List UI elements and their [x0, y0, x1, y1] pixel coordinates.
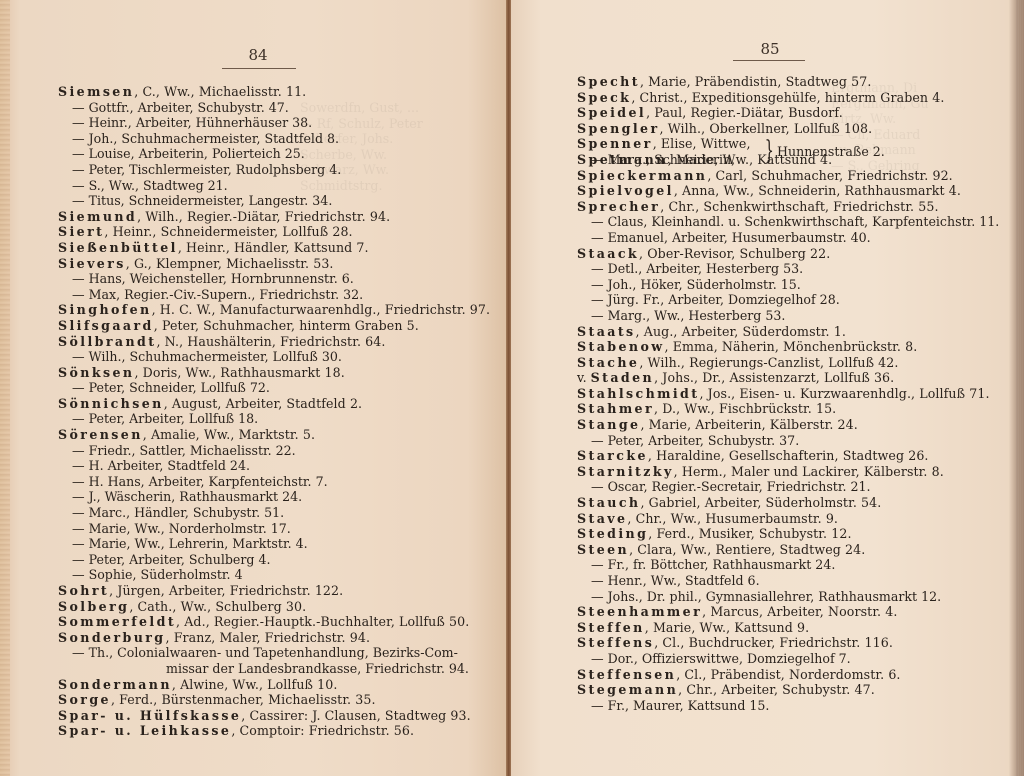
- directory-entry: Spengler, Wilh., Oberkellner, Lollfuß 10…: [577, 121, 999, 137]
- page-number-rule: [222, 68, 296, 69]
- entry-details: , Cassirer: J. Clausen, Stadtweg 93.: [241, 708, 470, 723]
- directory-subentry: — Henr., Ww., Stadtfeld 6.: [577, 573, 999, 589]
- surname: Stave: [577, 511, 627, 526]
- surname: Solberg: [58, 599, 129, 614]
- directory-subentry: — Marie, Ww., Norderholmstr. 17.: [58, 521, 490, 537]
- directory-subentry: — Joh., Schuhmachermeister, Stadtfeld 8.: [58, 131, 490, 147]
- entry-details: , Wilh., Oberkellner, Lollfuß 108.: [660, 121, 873, 136]
- entry-details: , Doris, Ww., Rathhausmarkt 18.: [134, 365, 344, 380]
- entry-details: , Gabriel, Arbeiter, Süderholmstr. 54.: [640, 495, 881, 510]
- directory-subentry: — Dor., Offizierswittwe, Domziegelhof 7.: [577, 651, 999, 667]
- entry-details: , Chr., Ww., Husumerbaumstr. 9.: [627, 511, 838, 526]
- directory-subentry: — H. Arbeiter, Stadtfeld 24.: [58, 458, 490, 474]
- surname: Sprecher: [577, 199, 660, 214]
- entry-details: , Chr., Arbeiter, Schubystr. 47.: [678, 682, 875, 697]
- directory-entry: Spetmann, Marie, Ww., Kattsund 4.: [577, 152, 999, 168]
- entry-details: , Elise, Wittwe,: [653, 136, 751, 151]
- directory-entry: Stauch, Gabriel, Arbeiter, Süderholmstr.…: [577, 495, 999, 511]
- directory-subentry: — Jürg. Fr., Arbeiter, Domziegelhof 28.: [577, 292, 999, 308]
- surname: Stahlschmidt: [577, 386, 699, 401]
- right-page: 85 Ergtmann, Di Eergtmann, Gu Eirtz, Ww.…: [511, 0, 1024, 776]
- surname: Siemsen: [58, 84, 134, 99]
- entry-details: , H. C. W., Manufacturwaarenhdlg., Fried…: [152, 302, 491, 317]
- directory-subentry: — Johs., Dr. phil., Gymnasiallehrer, Rat…: [577, 589, 999, 605]
- directory-entry: Solberg, Cath., Ww., Schulberg 30.: [58, 599, 490, 615]
- entry-details: , Heinr., Schneidermeister, Lollfuß 28.: [104, 224, 352, 239]
- surname: Sohrt: [58, 583, 109, 598]
- surname: Speidel: [577, 105, 646, 120]
- directory-entry: Spielvogel, Anna, Ww., Schneiderin, Rath…: [577, 183, 999, 199]
- directory-entry: Spar- u. Leihkasse, Comptoir: Friedrichs…: [58, 723, 490, 739]
- directory-entry: Spieckermann, Carl, Schuhmacher, Friedri…: [577, 168, 999, 184]
- directory-entry: Speck, Christ., Expeditionsgehülfe, hint…: [577, 90, 999, 106]
- directory-entry: Singhofen, H. C. W., Manufacturwaarenhdl…: [58, 302, 490, 318]
- directory-entry: Steffen, Marie, Ww., Kattsund 9.: [577, 620, 999, 636]
- directory-entry: Specht, Marie, Präbendistin, Stadtweg 57…: [577, 74, 999, 90]
- surname: Spengler: [577, 121, 660, 136]
- directory-subentry: — Emanuel, Arbeiter, Husumerbaumstr. 40.: [577, 230, 999, 246]
- directory-entry: Stave, Chr., Ww., Husumerbaumstr. 9.: [577, 511, 999, 527]
- page-number-rule: [733, 60, 805, 61]
- surname: Singhofen: [58, 302, 152, 317]
- surname: Stahmer: [577, 401, 654, 416]
- directory-subentry: — Hans, Weichensteller, Hornbrunnenstr. …: [58, 271, 490, 287]
- directory-subentry: — Peter, Schneider, Lollfuß 72.: [58, 380, 490, 396]
- surname: Sommerfeldt: [58, 614, 176, 629]
- entry-details: , G., Klempner, Michaelisstr. 53.: [126, 256, 334, 271]
- directory-entry: Stabenow, Emma, Näherin, Mönchenbrückstr…: [577, 339, 999, 355]
- entry-details: , Cl., Buchdrucker, Friedrichstr. 116.: [654, 635, 893, 650]
- directory-entry: Sießenbüttel, Heinr., Händler, Kattsund …: [58, 240, 490, 256]
- directory-subentry: — J., Wäscherin, Rathhausmarkt 24.: [58, 489, 490, 505]
- entry-details: , Amalie, Ww., Marktstr. 5.: [143, 427, 315, 442]
- directory-entry: Sorge, Ferd., Bürstenmacher, Michaelisst…: [58, 692, 490, 708]
- directory-subentry: — Gottfr., Arbeiter, Schubystr. 47.: [58, 100, 490, 116]
- directory-entry: Starnitzky, Herm., Maler und Lackirer, K…: [577, 464, 999, 480]
- entry-details: , Christ., Expeditionsgehülfe, hinterm G…: [631, 90, 944, 105]
- entry-details: , Emma, Näherin, Mönchenbrückstr. 8.: [665, 339, 918, 354]
- surname: Sönnichsen: [58, 396, 164, 411]
- surname: Siemund: [58, 209, 137, 224]
- surname: Steenhammer: [577, 604, 702, 619]
- directory-subentry: — Peter, Arbeiter, Schulberg 4.: [58, 552, 490, 568]
- entry-details: , Heinr., Händler, Kattsund 7.: [178, 240, 369, 255]
- entry-details: , Ad., Regier.-Hauptk.-Buchhalter, Lollf…: [176, 614, 469, 629]
- directory-subentry: — Sophie, Süderholmstr. 4: [58, 567, 490, 583]
- directory-entry: Sondermann, Alwine, Ww., Lollfuß 10.: [58, 677, 490, 693]
- surname: Stange: [577, 417, 640, 432]
- directory-entry: Stange, Marie, Arbeiterin, Kälberstr. 24…: [577, 417, 999, 433]
- entry-details: , Aug., Arbeiter, Süderdomstr. 1.: [636, 324, 846, 339]
- directory-subentry: — Joh., Höker, Süderholmstr. 15.: [577, 277, 999, 293]
- entry-continuation: missar der Landesbrandkasse, Friedrichst…: [58, 661, 490, 677]
- surname: Staack: [577, 246, 639, 261]
- entry-details: , Paul, Regier.-Diätar, Busdorf.: [646, 105, 843, 120]
- directory-subentry: — Th., Colonialwaaren- und Tapetenhandlu…: [58, 645, 490, 661]
- page-number-left: 84: [218, 46, 298, 64]
- entry-details: , Marie, Arbeiterin, Kälberstr. 24.: [640, 417, 857, 432]
- directory-entry: Steen, Clara, Ww., Rentiere, Stadtweg 24…: [577, 542, 999, 558]
- entry-details: , Peter, Schuhmacher, hinterm Graben 5.: [154, 318, 419, 333]
- entry-details: , Chr., Schenkwirthschaft, Friedrichstr.…: [660, 199, 938, 214]
- surname: Staden: [591, 370, 654, 385]
- entry-details: , Wilh., Regierungs-Canzlist, Lollfuß 42…: [639, 355, 898, 370]
- entry-details: , Marie, Ww., Kattsund 4.: [668, 152, 832, 167]
- directory-subentry: — Marg., Ww., Hesterberg 53.: [577, 308, 999, 324]
- surname: Starcke: [577, 448, 648, 463]
- directory-subentry: — Friedr., Sattler, Michaelisstr. 22.: [58, 443, 490, 459]
- surname: Steffensen: [577, 667, 676, 682]
- directory-entry: Siemsen, C., Ww., Michaelisstr. 11.: [58, 84, 490, 100]
- entry-details: , Franz, Maler, Friedrichstr. 94.: [166, 630, 371, 645]
- directory-entry: Speidel, Paul, Regier.-Diätar, Busdorf.: [577, 105, 999, 121]
- entry-details: , Ferd., Bürstenmacher, Michaelisstr. 35…: [111, 692, 376, 707]
- directory-subentry: — Fr., Maurer, Kattsund 15.: [577, 698, 999, 714]
- directory-entry: Stache, Wilh., Regierungs-Canzlist, Loll…: [577, 355, 999, 371]
- surname: Spar- u. Leihkasse: [58, 723, 231, 738]
- directory-entry: Söllbrandt, N., Haushälterin, Friedrichs…: [58, 334, 490, 350]
- entry-details: , Ober-Revisor, Schulberg 22.: [639, 246, 830, 261]
- grouped-entry: Spenner, Elise, Wittwe,— Marg., Schneide…: [577, 136, 999, 152]
- directory-entry: Sonderburg, Franz, Maler, Friedrichstr. …: [58, 630, 490, 646]
- name-prefix: v.: [577, 370, 591, 385]
- surname: Spielvogel: [577, 183, 674, 198]
- directory-entry: Spar- u. Hülfskasse, Cassirer: J. Clause…: [58, 708, 490, 724]
- left-page: 84 Sowerdfn, Gust, ... — Rf, Schulz, Pet…: [0, 0, 508, 776]
- directory-entry: Starcke, Haraldine, Gesellschafterin, St…: [577, 448, 999, 464]
- surname: Siert: [58, 224, 104, 239]
- directory-entry: Sörensen, Amalie, Ww., Marktstr. 5.: [58, 427, 490, 443]
- directory-entry: Sievers, G., Klempner, Michaelisstr. 53.: [58, 256, 490, 272]
- surname: Spetmann: [577, 152, 668, 167]
- surname: Sönksen: [58, 365, 134, 380]
- directory-entry: Stahlschmidt, Jos., Eisen- u. Kurzwaaren…: [577, 386, 999, 402]
- entry-details: , Ferd., Musiker, Schubystr. 12.: [648, 526, 851, 541]
- entry-details: , Marie, Präbendistin, Stadtweg 57.: [640, 74, 871, 89]
- directory-entry: Stegemann, Chr., Arbeiter, Schubystr. 47…: [577, 682, 999, 698]
- entry-details: , Anna, Ww., Schneiderin, Rathhausmarkt …: [674, 183, 961, 198]
- surname: Steen: [577, 542, 629, 557]
- surname: Stegemann: [577, 682, 678, 697]
- surname: Speck: [577, 90, 631, 105]
- entry-details: , D., Ww., Fischbrückstr. 15.: [654, 401, 836, 416]
- entry-details: , Herm., Maler und Lackirer, Kälberstr. …: [674, 464, 944, 479]
- entry-details: , Marie, Ww., Kattsund 9.: [645, 620, 809, 635]
- surname: Stabenow: [577, 339, 665, 354]
- directory-subentry: — Peter, Tischlermeister, Rudolphsberg 4…: [58, 162, 490, 178]
- surname: Sievers: [58, 256, 126, 271]
- entry-details: , Cl., Präbendist, Norderdomstr. 6.: [676, 667, 900, 682]
- surname: Steffens: [577, 635, 654, 650]
- directory-subentry: — Marc., Händler, Schubystr. 51.: [58, 505, 490, 521]
- directory-entry: Steding, Ferd., Musiker, Schubystr. 12.: [577, 526, 999, 542]
- directory-subentry: — Peter, Arbeiter, Schubystr. 37.: [577, 433, 999, 449]
- entry-details: , Carl, Schuhmacher, Friedrichstr. 92.: [707, 168, 952, 183]
- directory-subentry: — Oscar, Regier.-Secretair, Friedrichstr…: [577, 479, 999, 495]
- directory-entry: Slifsgaard, Peter, Schuhmacher, hinterm …: [58, 318, 490, 334]
- directory-entry: Sprecher, Chr., Schenkwirthschaft, Fried…: [577, 199, 999, 215]
- directory-entry: Staack, Ober-Revisor, Schulberg 22.: [577, 246, 999, 262]
- directory-entry: Siemund, Wilh., Regier.-Diätar, Friedric…: [58, 209, 490, 225]
- directory-entry: Steffensen, Cl., Präbendist, Norderdomst…: [577, 667, 999, 683]
- surname: Spieckermann: [577, 168, 707, 183]
- surname: Sorge: [58, 692, 111, 707]
- entry-details: , Clara, Ww., Rentiere, Stadtweg 24.: [629, 542, 865, 557]
- directory-subentry: — Wilh., Schuhmachermeister, Lollfuß 30.: [58, 349, 490, 365]
- directory-subentry: — Detl., Arbeiter, Hesterberg 53.: [577, 261, 999, 277]
- directory-subentry: — Peter, Arbeiter, Lollfuß 18.: [58, 411, 490, 427]
- surname: Sonderburg: [58, 630, 166, 645]
- surname: Spar- u. Hülfskasse: [58, 708, 241, 723]
- book-spread: 84 Sowerdfn, Gust, ... — Rf, Schulz, Pet…: [0, 0, 1024, 776]
- page-number-right: 85: [730, 40, 810, 58]
- surname: Spenner: [577, 136, 653, 151]
- surname: Stache: [577, 355, 639, 370]
- surname: Sondermann: [58, 677, 172, 692]
- entry-details: , Comptoir: Friedrichstr. 56.: [231, 723, 414, 738]
- surname: Steffen: [577, 620, 645, 635]
- entry-details: , Cath., Ww., Schulberg 30.: [129, 599, 306, 614]
- directory-entry: Sönksen, Doris, Ww., Rathhausmarkt 18.: [58, 365, 490, 381]
- directory-entry: v. Staden, Johs., Dr., Assistenzarzt, Lo…: [577, 370, 999, 386]
- entry-details: , Alwine, Ww., Lollfuß 10.: [172, 677, 338, 692]
- entry-details: , Johs., Dr., Assistenzarzt, Lollfuß 36.: [654, 370, 894, 385]
- directory-subentry: — Titus, Schneidermeister, Langestr. 34.: [58, 193, 490, 209]
- entry-details: , Jürgen, Arbeiter, Friedrichstr. 122.: [109, 583, 343, 598]
- directory-entries-right: Specht, Marie, Präbendistin, Stadtweg 57…: [577, 74, 999, 713]
- directory-entry: Staats, Aug., Arbeiter, Süderdomstr. 1.: [577, 324, 999, 340]
- directory-subentry: — Heinr., Arbeiter, Hühnerhäuser 38.: [58, 115, 490, 131]
- surname: Söllbrandt: [58, 334, 156, 349]
- surname: Specht: [577, 74, 640, 89]
- surname: Stauch: [577, 495, 640, 510]
- directory-entry: Sommerfeldt, Ad., Regier.-Hauptk.-Buchha…: [58, 614, 490, 630]
- surname: Starnitzky: [577, 464, 674, 479]
- directory-entries-left: Siemsen, C., Ww., Michaelisstr. 11.— Got…: [58, 84, 490, 739]
- surname: Slifsgaard: [58, 318, 154, 333]
- directory-entry: Sönnichsen, August, Arbeiter, Stadtfeld …: [58, 396, 490, 412]
- directory-entry: Siert, Heinr., Schneidermeister, Lollfuß…: [58, 224, 490, 240]
- directory-subentry: — H. Hans, Arbeiter, Karpfenteichstr. 7.: [58, 474, 490, 490]
- entry-details: , August, Arbeiter, Stadtfeld 2.: [164, 396, 362, 411]
- entry-details: , Haraldine, Gesellschafterin, Stadtweg …: [648, 448, 929, 463]
- directory-entry: Stahmer, D., Ww., Fischbrückstr. 15.: [577, 401, 999, 417]
- surname: Staats: [577, 324, 636, 339]
- directory-subentry: — Louise, Arbeiterin, Polierteich 25.: [58, 146, 490, 162]
- entry-details: , Wilh., Regier.-Diätar, Friedrichstr. 9…: [137, 209, 390, 224]
- directory-subentry: — S., Ww., Stadtweg 21.: [58, 178, 490, 194]
- directory-entry: Sohrt, Jürgen, Arbeiter, Friedrichstr. 1…: [58, 583, 490, 599]
- surname: Sießenbüttel: [58, 240, 178, 255]
- directory-subentry: — Max, Regier.-Civ.-Supern., Friedrichst…: [58, 287, 490, 303]
- directory-subentry: — Claus, Kleinhandl. u. Schenkwirthschaf…: [577, 214, 999, 230]
- entry-details: , Jos., Eisen- u. Kurzwaarenhdlg., Lollf…: [699, 386, 989, 401]
- directory-entry: Steenhammer, Marcus, Arbeiter, Noorstr. …: [577, 604, 999, 620]
- directory-subentry: — Marie, Ww., Lehrerin, Marktstr. 4.: [58, 536, 490, 552]
- surname: Steding: [577, 526, 648, 541]
- entry-details: , Marcus, Arbeiter, Noorstr. 4.: [702, 604, 897, 619]
- directory-subentry: — Fr., fr. Böttcher, Rathhausmarkt 24.: [577, 557, 999, 573]
- entry-details: , C., Ww., Michaelisstr. 11.: [134, 84, 306, 99]
- directory-entry: Steffens, Cl., Buchdrucker, Friedrichstr…: [577, 635, 999, 651]
- surname: Sörensen: [58, 427, 143, 442]
- entry-details: , N., Haushälterin, Friedrichstr. 64.: [156, 334, 385, 349]
